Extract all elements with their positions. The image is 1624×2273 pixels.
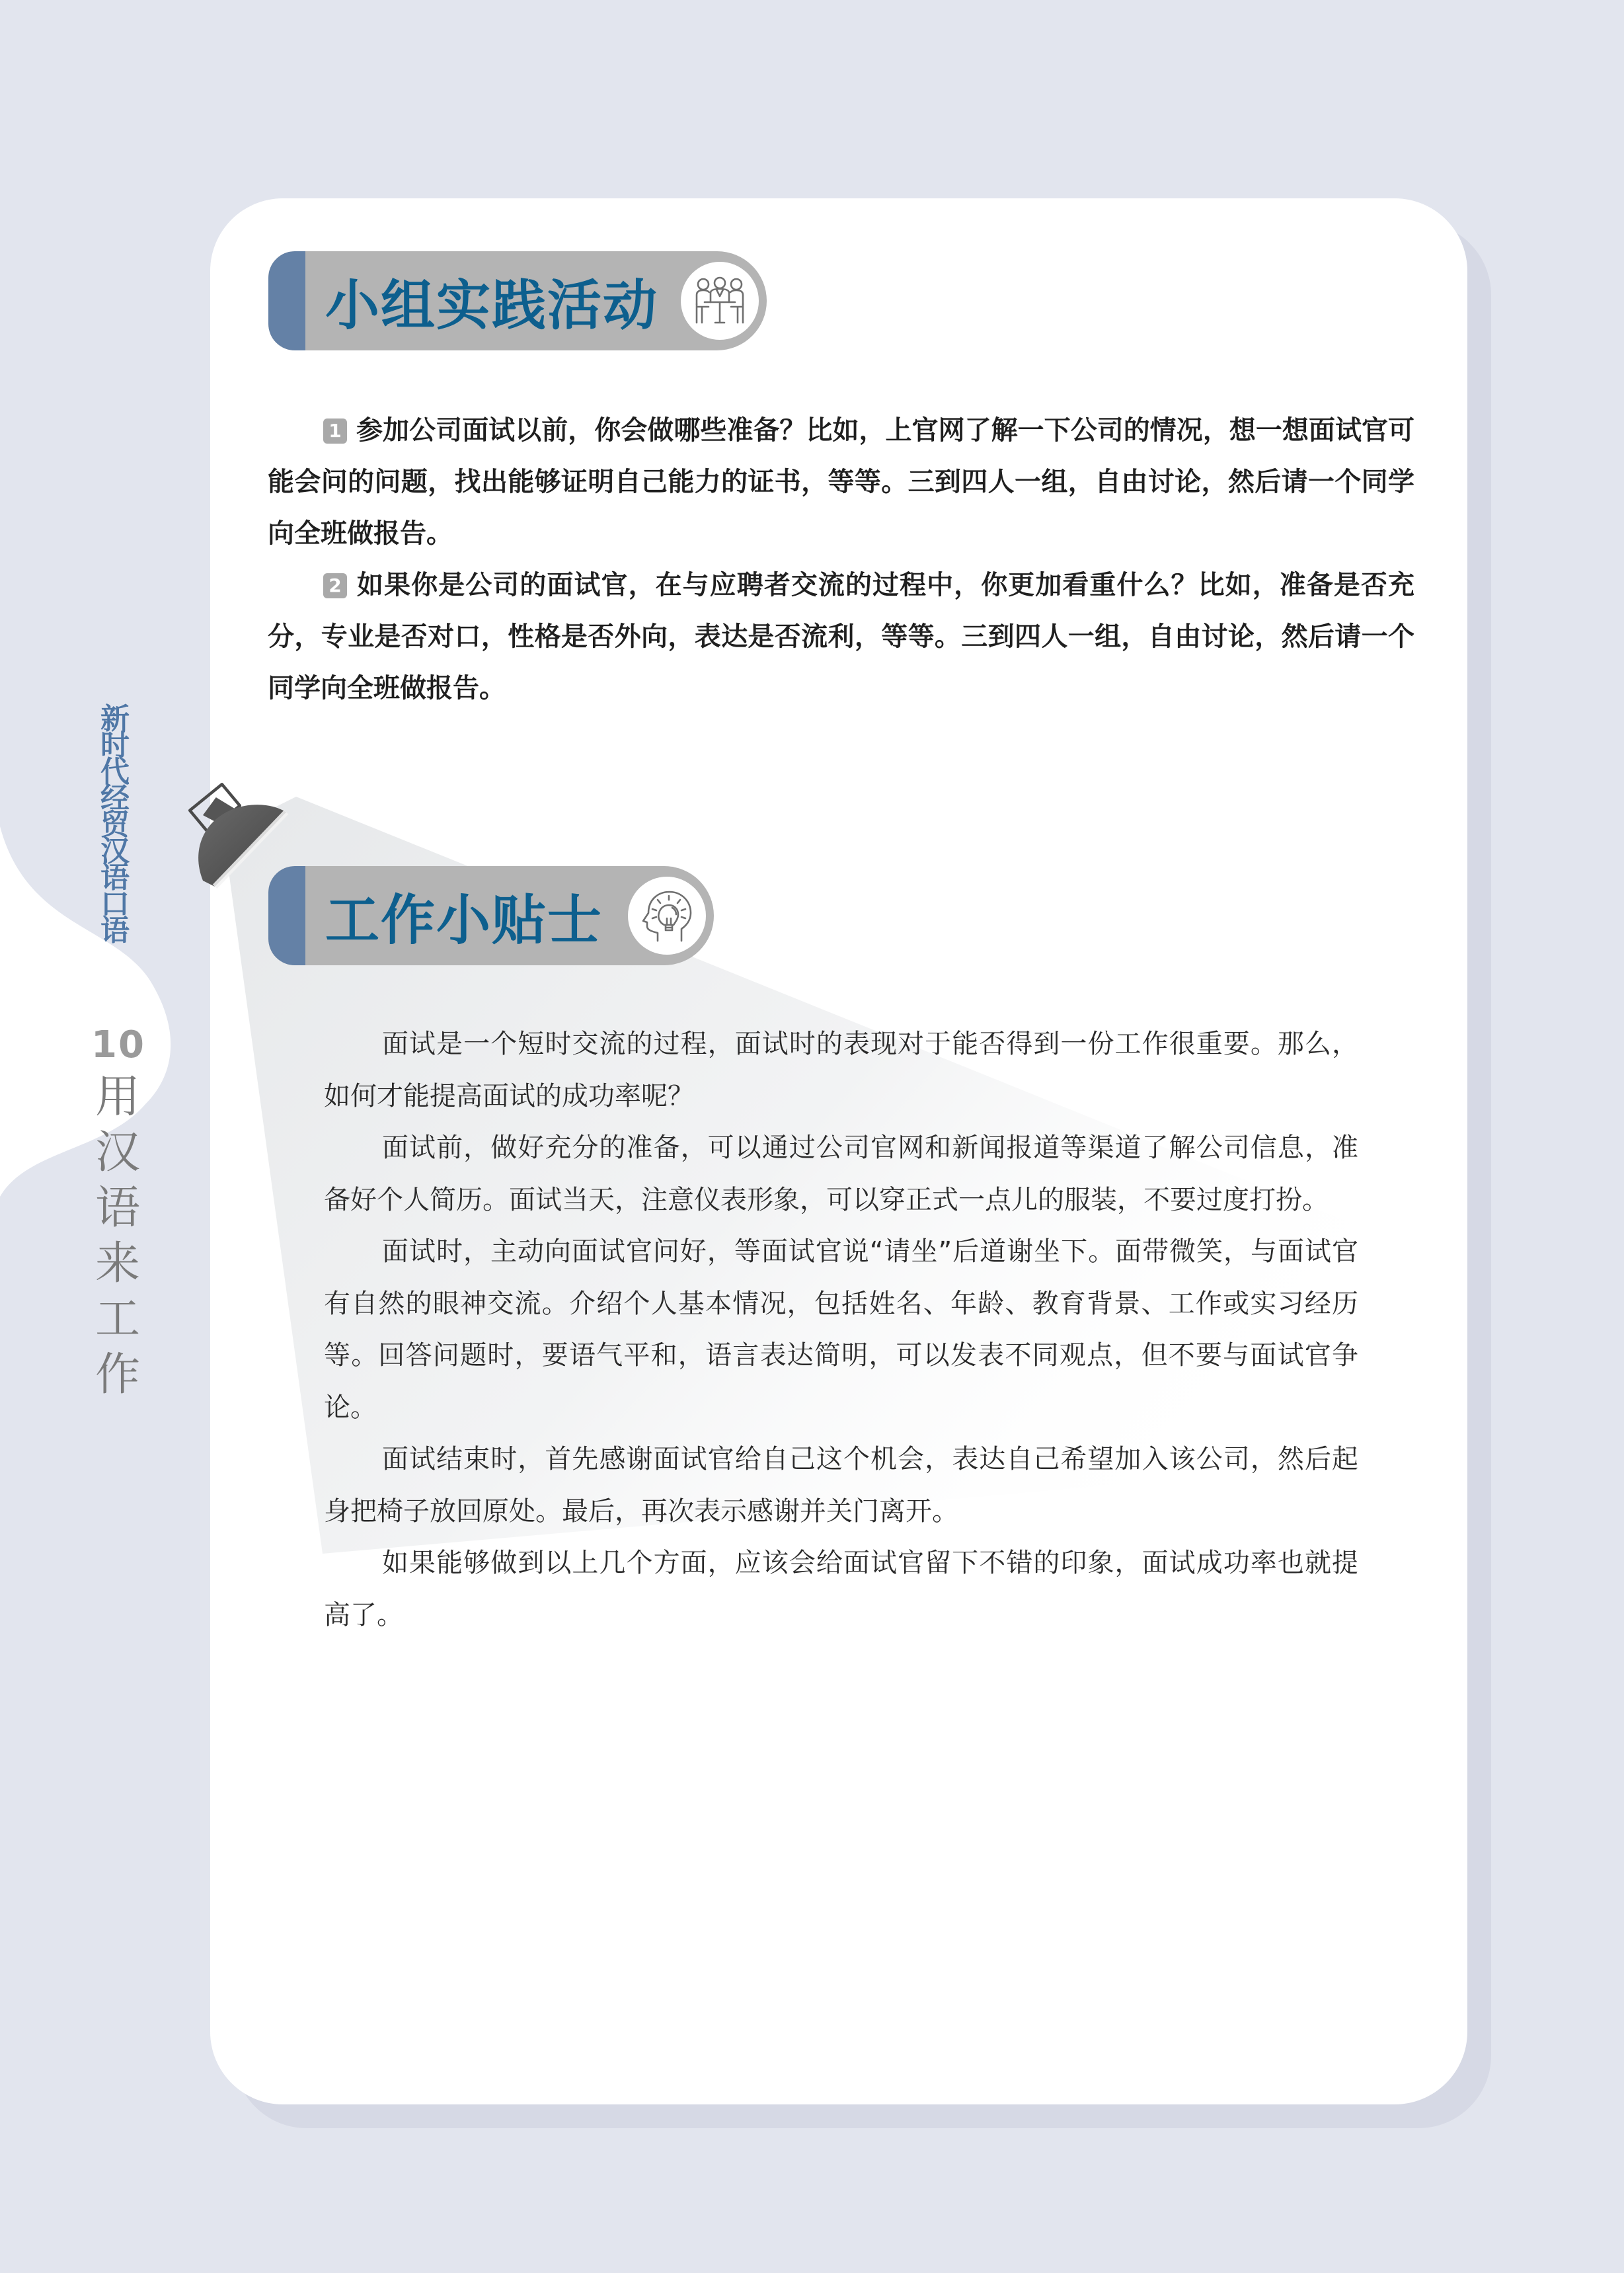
group-activity-list: 1参加公司面试以前，你会做哪些准备？比如，上官网了解一下公司的情况，想一想面试官… <box>268 405 1414 714</box>
heading-tab-accent <box>268 866 305 965</box>
head-lightbulb-icon <box>628 877 706 955</box>
work-tips-body: 面试是一个短时交流的过程，面试时的表现对于能否得到一份工作很重要。那么，如何才能… <box>324 1018 1358 1641</box>
heading-title: 工作小贴士 <box>325 866 603 965</box>
tip-paragraph: 面试时，主动向面试官问好，等面试官说“请坐”后道谢坐下。面带微笑，与面试官有自然… <box>324 1226 1358 1433</box>
activity-text: 参加公司面试以前，你会做哪些准备？比如，上官网了解一下公司的情况，想一想面试官可… <box>268 415 1414 549</box>
tip-paragraph: 面试是一个短时交流的过程，面试时的表现对于能否得到一份工作很重要。那么，如何才能… <box>324 1018 1358 1122</box>
tip-paragraph: 面试结束时，首先感谢面试官给自己这个机会，表达自己希望加入该公司，然后起身把椅子… <box>324 1433 1358 1537</box>
work-tips-heading: 工作小贴士 <box>268 866 714 965</box>
group-activity-heading: 小组实践活动 <box>268 251 767 350</box>
item-number-badge: 1 <box>323 419 347 444</box>
book-title-vertical: 新 时 代 经 贸 汉 语 口 语 <box>98 706 132 944</box>
meeting-people-icon <box>681 262 759 340</box>
page-number: 10 <box>91 1023 144 1066</box>
item-number-badge: 2 <box>323 573 347 598</box>
tip-paragraph: 面试前，做好充分的准备，可以通过公司官网和新闻报道等渠道了解公司信息，准备好个人… <box>324 1122 1358 1226</box>
unit-title-char: 用 <box>91 1070 144 1125</box>
unit-title-char: 语 <box>91 1181 144 1236</box>
activity-item: 1参加公司面试以前，你会做哪些准备？比如，上官网了解一下公司的情况，想一想面试官… <box>268 405 1414 559</box>
heading-tab-accent <box>268 251 305 350</box>
unit-title-char: 来 <box>91 1236 144 1292</box>
unit-title-vertical: 用 汉 语 来 工 作 <box>91 1070 144 1403</box>
unit-title-char: 工 <box>91 1292 144 1347</box>
tip-paragraph: 如果能够做到以上几个方面，应该会给面试官留下不错的印象，面试成功率也就提高了。 <box>324 1537 1358 1641</box>
book-title-char: 语 <box>98 918 132 944</box>
activity-text: 如果你是公司的面试官，在与应聘者交流的过程中，你更加看重什么？比如，准备是否充分… <box>268 570 1414 703</box>
unit-title-char: 作 <box>91 1347 144 1403</box>
unit-title-char: 汉 <box>91 1125 144 1181</box>
heading-title: 小组实践活动 <box>325 251 658 350</box>
activity-item: 2如果你是公司的面试官，在与应聘者交流的过程中，你更加看重什么？比如，准备是否充… <box>268 559 1414 714</box>
